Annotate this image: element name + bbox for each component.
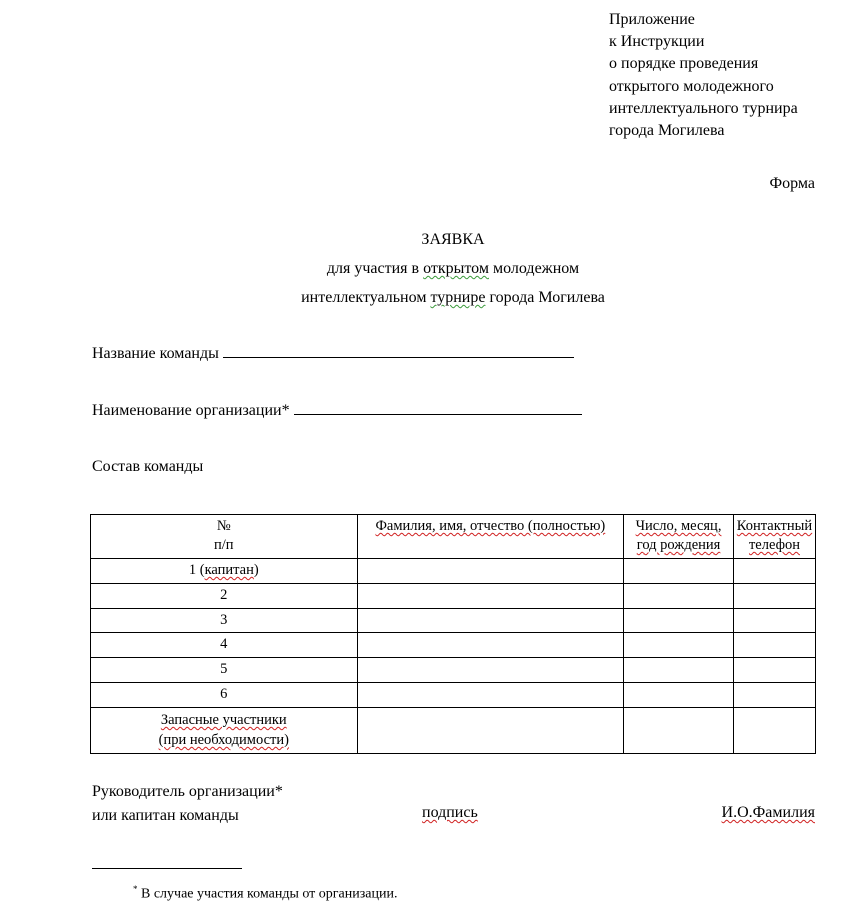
cell-dob[interactable] bbox=[624, 658, 734, 683]
cell-phone[interactable] bbox=[733, 633, 815, 658]
table-row-reserve: Запасные участники (при необходимости) bbox=[91, 707, 816, 753]
cell-num: 4 bbox=[91, 633, 358, 658]
signature-line-2: или капитан команды bbox=[92, 804, 283, 828]
cell-dob[interactable] bbox=[624, 608, 734, 633]
header-text: Контактный bbox=[737, 518, 812, 534]
signature-line-1: Руководитель организации* bbox=[92, 780, 283, 804]
table-row: 4 bbox=[91, 633, 816, 658]
signature-label-text: подпись bbox=[422, 804, 478, 821]
cell-phone[interactable] bbox=[733, 658, 815, 683]
cell-reserve-label: Запасные участники (при необходимости) bbox=[91, 707, 358, 753]
cell-dob[interactable] bbox=[624, 682, 734, 707]
header-text: п/п bbox=[91, 536, 357, 555]
cell-fullname[interactable] bbox=[357, 559, 624, 584]
roster-table: № п/п Фамилия, имя, отчество (полностью)… bbox=[90, 514, 816, 754]
org-name-field: Наименование организации* bbox=[92, 402, 582, 420]
cell-text: ) bbox=[254, 562, 259, 578]
header-fullname: Фамилия, имя, отчество (полностью) bbox=[357, 515, 624, 559]
appendix-line: открытого молодежного bbox=[609, 76, 798, 98]
cell-dob[interactable] bbox=[624, 707, 734, 753]
appendix-line: к Инструкции bbox=[609, 31, 798, 53]
cell-fullname[interactable] bbox=[357, 682, 624, 707]
spellcheck-word: турнире bbox=[430, 289, 485, 306]
cell-num: 6 bbox=[91, 682, 358, 707]
appendix-line: интеллектуального турнира bbox=[609, 98, 798, 120]
org-name-label: Наименование организации* bbox=[92, 402, 290, 419]
team-name-label: Название команды bbox=[92, 345, 219, 362]
header-text: Число, месяц, bbox=[636, 518, 722, 534]
cell-phone[interactable] bbox=[733, 707, 815, 753]
appendix-line: Приложение bbox=[609, 9, 798, 31]
cell-num: 2 bbox=[91, 583, 358, 608]
header-text: № bbox=[91, 517, 357, 536]
name-label: И.О.Фамилия bbox=[722, 804, 815, 822]
title-line-2: для участия в открытом молодежном bbox=[0, 260, 853, 278]
roster-label: Состав команды bbox=[92, 458, 203, 476]
name-label-text: И.О.Фамилия bbox=[722, 804, 815, 821]
cell-phone[interactable] bbox=[733, 682, 815, 707]
footnote-separator bbox=[92, 868, 242, 869]
cell-dob[interactable] bbox=[624, 559, 734, 584]
table-row: 2 bbox=[91, 583, 816, 608]
cell-text: (при необходимости) bbox=[159, 732, 289, 748]
form-label: Форма bbox=[769, 175, 815, 193]
cell-fullname[interactable] bbox=[357, 633, 624, 658]
title-text: города Могилева bbox=[485, 289, 604, 306]
cell-phone[interactable] bbox=[733, 559, 815, 584]
header-text: Фамилия, имя, отчество (полностью) bbox=[375, 518, 605, 534]
spellcheck-word: открытом bbox=[423, 260, 489, 277]
cell-phone[interactable] bbox=[733, 583, 815, 608]
header-phone: Контактный телефон bbox=[733, 515, 815, 559]
table-row: 3 bbox=[91, 608, 816, 633]
table-row: 1 (капитан) bbox=[91, 559, 816, 584]
org-name-blank[interactable] bbox=[294, 402, 582, 415]
header-text: год рождения bbox=[637, 537, 721, 553]
cell-fullname[interactable] bbox=[357, 608, 624, 633]
cell-text: Запасные участники bbox=[161, 712, 287, 728]
footnote: * В случае участия команды от организаци… bbox=[133, 884, 397, 903]
appendix-line: города Могилева bbox=[609, 120, 798, 142]
cell-num: 3 bbox=[91, 608, 358, 633]
signature-label: подпись bbox=[422, 804, 478, 822]
table-row: 6 bbox=[91, 682, 816, 707]
document-title: ЗАЯВКА bbox=[0, 231, 853, 249]
cell-dob[interactable] bbox=[624, 633, 734, 658]
cell-phone[interactable] bbox=[733, 608, 815, 633]
header-dob: Число, месяц, год рождения bbox=[624, 515, 734, 559]
footnote-text: В случае участия команды от организации. bbox=[138, 887, 398, 902]
cell-fullname[interactable] bbox=[357, 707, 624, 753]
cell-num: 1 (капитан) bbox=[91, 559, 358, 584]
title-line-3: интеллектуальном турнире города Могилева bbox=[0, 289, 853, 307]
header-text: телефон bbox=[749, 537, 800, 553]
cell-fullname[interactable] bbox=[357, 583, 624, 608]
header-num: № п/п bbox=[91, 515, 358, 559]
signature-block: Руководитель организации* или капитан ко… bbox=[92, 780, 283, 828]
cell-text: капитан bbox=[205, 562, 254, 578]
team-name-field: Название команды bbox=[92, 345, 574, 363]
team-name-blank[interactable] bbox=[223, 345, 574, 358]
title-text: для участия в bbox=[327, 260, 423, 277]
appendix-note: Приложение к Инструкции о порядке провед… bbox=[609, 9, 798, 142]
table-row: 5 bbox=[91, 658, 816, 683]
cell-fullname[interactable] bbox=[357, 658, 624, 683]
cell-num: 5 bbox=[91, 658, 358, 683]
cell-text: 1 ( bbox=[189, 562, 205, 578]
cell-dob[interactable] bbox=[624, 583, 734, 608]
appendix-line: о порядке проведения bbox=[609, 53, 798, 75]
title-text: интеллектуальном bbox=[301, 289, 430, 306]
table-header-row: № п/п Фамилия, имя, отчество (полностью)… bbox=[91, 515, 816, 559]
title-text: молодежном bbox=[489, 260, 579, 277]
